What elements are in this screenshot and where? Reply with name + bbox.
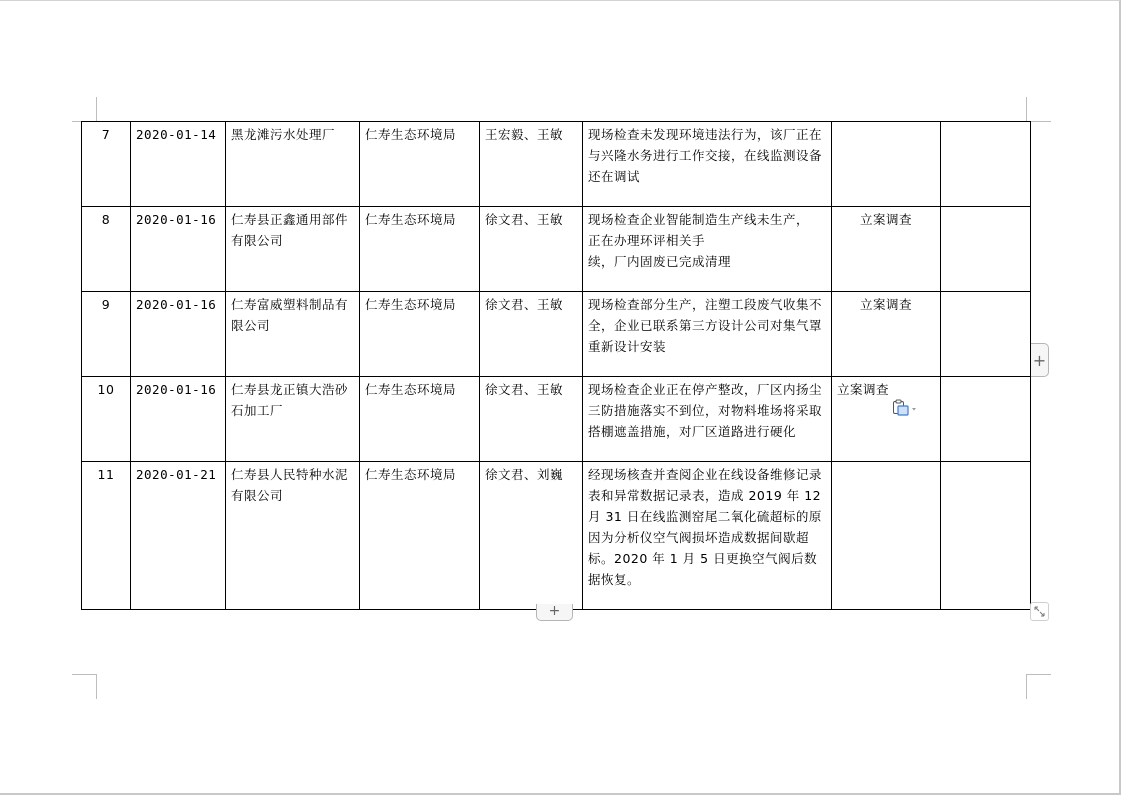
table-row: 9 2020-01-16 仁寿富威塑料制品有限公司 仁寿生态环境局 徐文君、王敏… [82, 292, 1031, 377]
inspection-table: 7 2020-01-14 黑龙滩污水处理厂 仁寿生态环境局 王宏毅、王敏 现场检… [81, 121, 1031, 610]
cell-agency[interactable]: 仁寿生态环境局 [360, 462, 480, 610]
cell-inspectors[interactable]: 徐文君、刘巍 [480, 462, 583, 610]
cell-result[interactable] [832, 462, 941, 610]
cell-inspectors[interactable]: 王宏毅、王敏 [480, 122, 583, 207]
clipboard-icon[interactable] [892, 399, 918, 417]
table-resize-handle[interactable] [1030, 602, 1049, 621]
cell-findings[interactable]: 现场检查未发现环境违法行为，该厂正在与兴隆水务进行工作交接，在线监测设备还在调试 [583, 122, 832, 207]
cell-remark[interactable] [941, 122, 1031, 207]
cell-remark[interactable] [941, 207, 1031, 292]
cell-remark[interactable] [941, 377, 1031, 462]
cell-company[interactable]: 仁寿县人民特种水泥有限公司 [226, 462, 360, 610]
cell-date[interactable]: 2020-01-21 [131, 462, 226, 610]
cell-remark[interactable] [941, 292, 1031, 377]
cell-company[interactable]: 仁寿富威塑料制品有限公司 [226, 292, 360, 377]
cell-no[interactable]: 11 [82, 462, 131, 610]
table-row: 10 2020-01-16 仁寿县龙正镇大浩砂石加工厂 仁寿生态环境局 徐文君、… [82, 377, 1031, 462]
cell-no[interactable]: 9 [82, 292, 131, 377]
cell-result[interactable]: 立案调查 [832, 377, 941, 462]
cell-date[interactable]: 2020-01-14 [131, 122, 226, 207]
margin-corner-bottom-right [1026, 674, 1051, 699]
add-column-button[interactable]: + [1031, 343, 1049, 377]
cell-no[interactable]: 10 [82, 377, 131, 462]
cell-agency[interactable]: 仁寿生态环境局 [360, 122, 480, 207]
cell-inspectors[interactable]: 徐文君、王敏 [480, 207, 583, 292]
margin-corner-top-left [72, 97, 97, 122]
cell-result[interactable]: 立案调查 [832, 292, 941, 377]
cell-findings[interactable]: 现场检查企业智能制造生产线未生产， 正在办理环评相关手 续，厂内固废已完成清理 [583, 207, 832, 292]
findings-line: 正在办理环评相关手 [588, 230, 826, 251]
cell-findings[interactable]: 现场检查企业正在停产整改，厂区内扬尘三防措施落实不到位，对物料堆场将采取搭棚遮盖… [583, 377, 832, 462]
cell-date[interactable]: 2020-01-16 [131, 292, 226, 377]
result-text: 立案调查 [837, 382, 889, 397]
cell-agency[interactable]: 仁寿生态环境局 [360, 377, 480, 462]
cell-no[interactable]: 7 [82, 122, 131, 207]
cell-date[interactable]: 2020-01-16 [131, 377, 226, 462]
resize-diagonal-icon [1031, 603, 1048, 620]
cell-company[interactable]: 黑龙滩污水处理厂 [226, 122, 360, 207]
cell-inspectors[interactable]: 徐文君、王敏 [480, 377, 583, 462]
margin-corner-bottom-left [72, 674, 97, 699]
findings-line: 续，厂内固废已完成清理 [588, 251, 826, 272]
cell-date[interactable]: 2020-01-16 [131, 207, 226, 292]
cell-findings[interactable]: 现场检查部分生产，注塑工段废气收集不全，企业已联系第三方设计公司对集气罩重新设计… [583, 292, 832, 377]
cell-findings[interactable]: 经现场核查并查阅企业在线设备维修记录表和异常数据记录表，造成 2019 年 12… [583, 462, 832, 610]
cell-result[interactable] [832, 122, 941, 207]
table-row: 7 2020-01-14 黑龙滩污水处理厂 仁寿生态环境局 王宏毅、王敏 现场检… [82, 122, 1031, 207]
cell-company[interactable]: 仁寿县正鑫通用部件有限公司 [226, 207, 360, 292]
cell-agency[interactable]: 仁寿生态环境局 [360, 207, 480, 292]
table-row: 11 2020-01-21 仁寿县人民特种水泥有限公司 仁寿生态环境局 徐文君、… [82, 462, 1031, 610]
cell-agency[interactable]: 仁寿生态环境局 [360, 292, 480, 377]
cell-no[interactable]: 8 [82, 207, 131, 292]
cell-inspectors[interactable]: 徐文君、王敏 [480, 292, 583, 377]
findings-line: 现场检查企业智能制造生产线未生产， [588, 209, 826, 230]
cell-company[interactable]: 仁寿县龙正镇大浩砂石加工厂 [226, 377, 360, 462]
table-row: 8 2020-01-16 仁寿县正鑫通用部件有限公司 仁寿生态环境局 徐文君、王… [82, 207, 1031, 292]
margin-corner-top-right [1026, 97, 1051, 122]
add-row-button[interactable]: + [536, 604, 573, 621]
cell-result[interactable]: 立案调查 [832, 207, 941, 292]
cell-remark[interactable] [941, 462, 1031, 610]
